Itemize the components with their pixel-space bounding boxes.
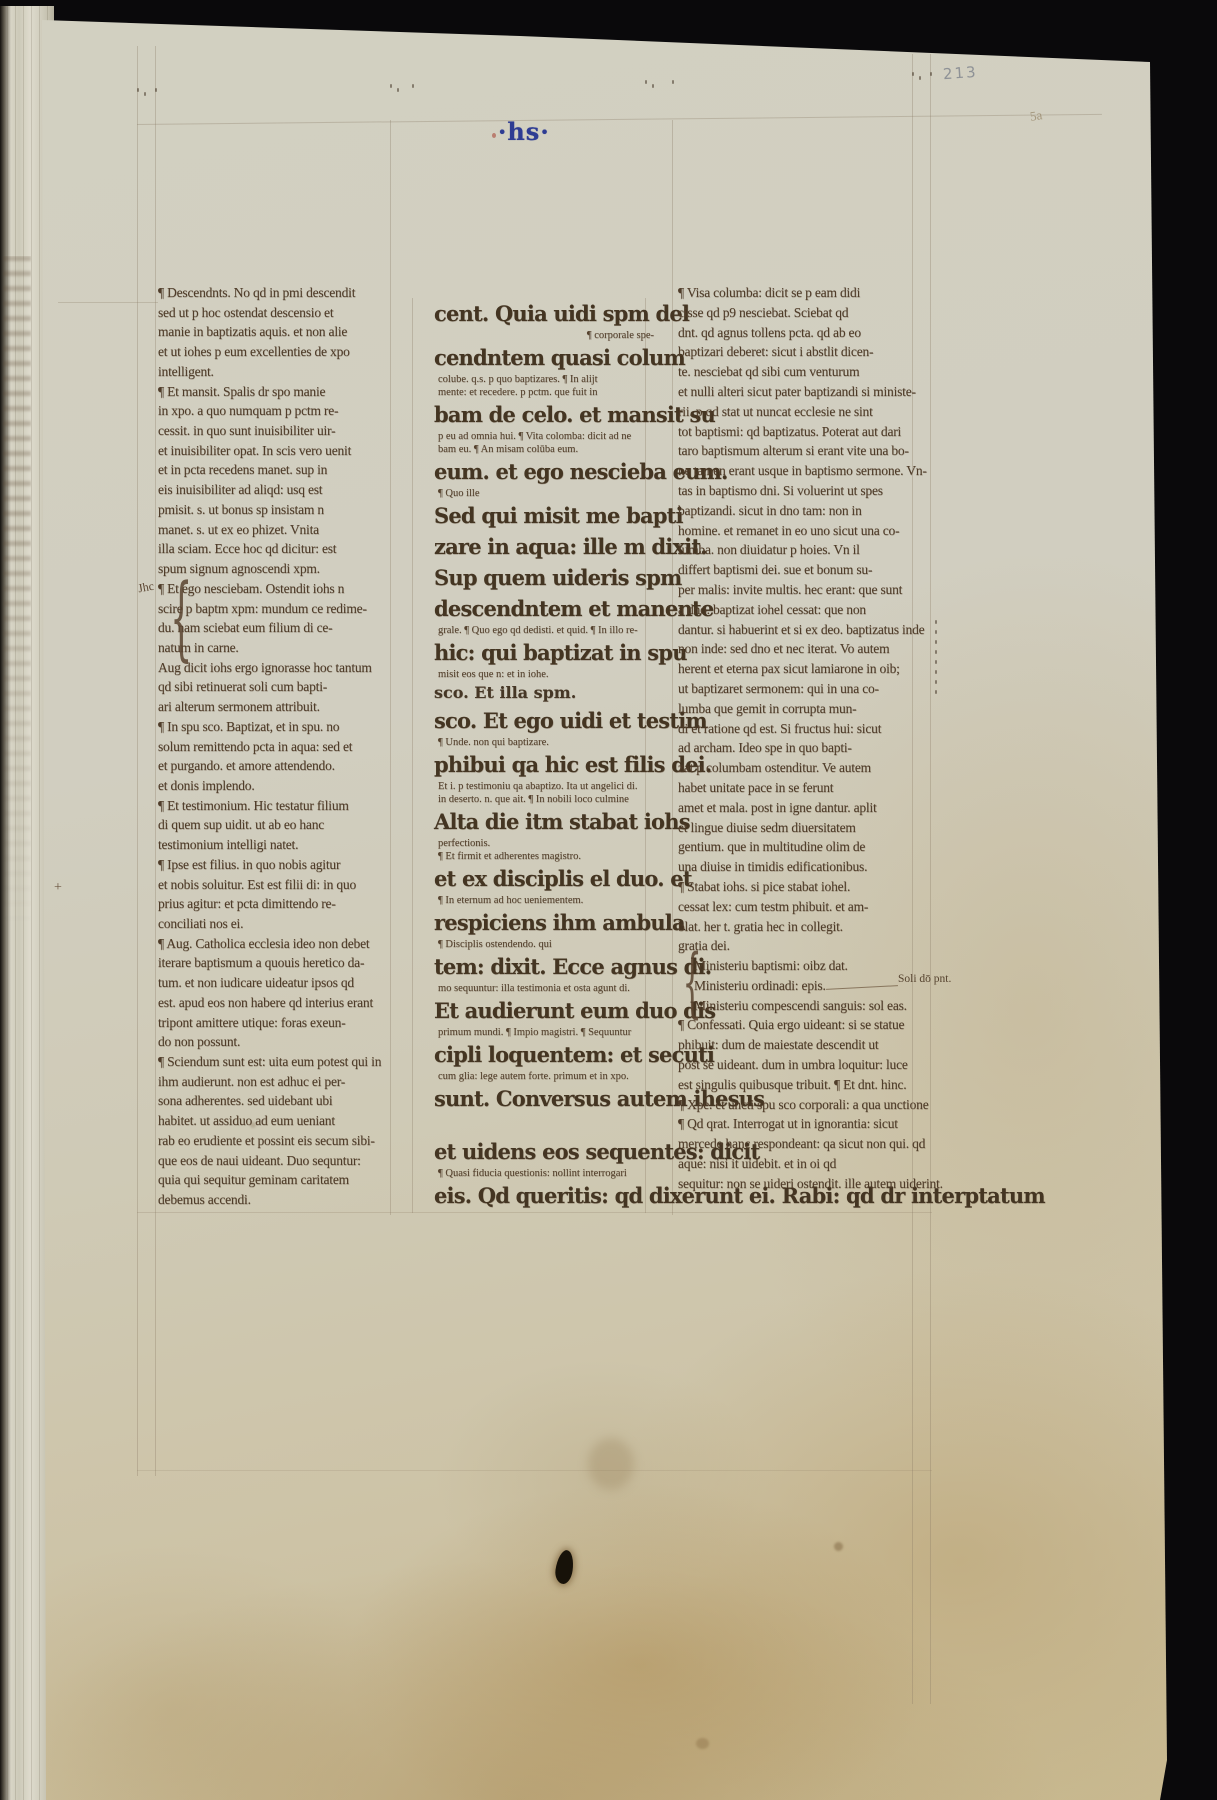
text-line: in deserto. n. que ait. ¶ In nobili loco… xyxy=(412,793,664,806)
text-line: ¶ Confessati. Quia ergo uideant: si se s… xyxy=(678,1015,954,1035)
text-line: baptizandi. sicut in dno tam: non in xyxy=(678,501,954,521)
margin-gloss-note: Soli dō pnt. xyxy=(898,973,951,985)
text-line: tem: dixit. Ecce agnus di. xyxy=(412,951,664,982)
adjacent-page-text-ghost xyxy=(3,256,31,936)
text-line: respiciens ihm ambula xyxy=(412,907,664,938)
text-line: eis inuisibiliter ad aliqd: usq est xyxy=(158,480,430,500)
margin-plus-mark: + xyxy=(54,880,62,896)
ruling-line-horizontal xyxy=(58,302,158,303)
text-line: amet et mala. post in igne dantur. aplit xyxy=(678,798,954,818)
left-margin-brace: { xyxy=(170,574,192,662)
text-line: non inde: sed dno et nec iterat. Vo aute… xyxy=(678,639,954,659)
text-line: ¶ Ipse est filius. in quo nobis agitur xyxy=(158,855,430,875)
text-line: ¶ Et testimonium. Hic testatur filium xyxy=(158,796,430,816)
text-line: intelligent. xyxy=(158,362,430,382)
text-line: post se uideant. dum in umbra loquitur: … xyxy=(678,1055,954,1075)
text-line: sunt. Conversus autem ihesus xyxy=(412,1083,664,1114)
text-line: hic: qui baptizat in spu xyxy=(412,637,664,668)
text-line: zat p columbam ostenditur. Ve autem xyxy=(678,758,954,778)
prick-mark xyxy=(144,92,146,96)
prick-mark xyxy=(137,88,139,92)
text-line: ¶ Descendnts. No qd in pmi descendit xyxy=(158,283,430,303)
text-line: Ministeriu compescendi sanguis: sol eas. xyxy=(678,996,954,1016)
prick-mark xyxy=(930,72,932,76)
text-line: habitet. ut assiduo ad eum ueniant xyxy=(158,1111,430,1131)
prick-mark xyxy=(645,80,647,84)
text-line: ¶ Visa columba: dicit se p eam didi xyxy=(678,283,954,303)
text-line: et nobis soluitur. Est est filii di: in … xyxy=(158,875,430,895)
text-line: cipli loquentem: et secuti xyxy=(412,1039,664,1070)
text-line: mercede hanc respondeant: qa sicut non q… xyxy=(678,1134,954,1154)
text-line: phibuit: dum de maiestate descendit ut xyxy=(678,1035,954,1055)
text-line: tot baptismi: qd baptizatus. Poterat aut… xyxy=(678,422,954,442)
parchment-hole xyxy=(554,1549,576,1585)
text-line: lumba que gemit in corrupta mun- xyxy=(678,699,954,719)
text-line: quia qui sequitur geminam caritatem xyxy=(158,1170,430,1190)
pencil-folio-number: 213 xyxy=(942,63,978,83)
text-line: sco. Et illa spm. xyxy=(412,681,664,705)
text-line: ¶ Qd qrat. Interrogat ut in ignorantia: … xyxy=(678,1114,954,1134)
text-line: et in pcta recedens manet. sup in xyxy=(158,460,430,480)
stain-spot xyxy=(250,1122,256,1128)
text-line: herent et eterna pax sicut lamiarone in … xyxy=(678,659,954,679)
prick-mark xyxy=(397,88,399,92)
text-line: misit eos que n: et in iohe. xyxy=(412,668,664,681)
prick-mark xyxy=(652,84,654,88)
text-line: Aug dicit iohs ergo ignorasse hoc tantum xyxy=(158,658,430,678)
prick-mark xyxy=(155,88,157,92)
text-line: natum in carne. xyxy=(158,638,430,658)
text-line: ad archam. Ideo spe in quo bapti- xyxy=(678,738,954,758)
text-line: dnt. qd agnus tollens pcta. qd ab eo xyxy=(678,323,954,343)
text-line: te. nesciebat qd sibi cum venturum xyxy=(678,362,954,382)
text-line: differt baptismi dei. sue et bonum su- xyxy=(678,560,954,580)
ruling-line-vertical xyxy=(137,46,138,1476)
running-title: ·hs· xyxy=(498,117,550,146)
text-line: testimonium intelligi natet. xyxy=(158,835,430,855)
text-line: aque: nisi it uidebit. et in oi qd xyxy=(678,1154,954,1174)
text-line: blat. her t. gratia hec in collegit. xyxy=(678,917,954,937)
text-line: ¶ corporale spe- xyxy=(412,329,664,342)
text-line: cisse qd p9 nesciebat. Sciebat qd xyxy=(678,303,954,323)
text-line: cent. Quia uidi spm del xyxy=(412,298,664,329)
text-line: ¶ Aug. Catholica ecclesia ideo non debet xyxy=(158,934,430,954)
text-line: per malis: invite multis. hec erant: que… xyxy=(678,580,954,600)
text-line: illa sciam. Ecce hoc qd dicitur: est xyxy=(158,539,430,559)
text-line: spum signum agnoscendi xpm. xyxy=(158,559,430,579)
text-line: cendntem quasi colum xyxy=(412,342,664,373)
text-line: a dno. baptizat iohel cessat: que non xyxy=(678,600,954,620)
red-ink-speck xyxy=(492,133,496,138)
text-line: et lingue diuise sedm diuersitatem xyxy=(678,818,954,838)
stain-smudge xyxy=(588,1438,634,1490)
text-line: habet unitate pace in se ferunt xyxy=(678,778,954,798)
text-line: du. nam sciebat eum filium di ce- xyxy=(158,618,430,638)
text-line: mo sequuntur: illa testimonia et osta ag… xyxy=(412,982,664,995)
text-line: et uidens eos sequentes: dicit xyxy=(412,1136,664,1167)
ruling-line-horizontal xyxy=(137,1470,932,1471)
prick-mark xyxy=(919,76,921,80)
text-line: ¶ Sciendum sunt est: uita eum potest qui… xyxy=(158,1052,430,1072)
text-line: perfectionis. xyxy=(412,837,664,850)
text-line: cessit. in quo sunt inuisibiliter uir- xyxy=(158,421,430,441)
text-line: est singulis quibusque tribuit. ¶ Et dnt… xyxy=(678,1075,954,1095)
text-line: Sup quem uideris spm xyxy=(412,562,664,593)
text-line: mente: et recedere. p pctm. que fuit in xyxy=(412,386,664,399)
text-line: di et ratione qd est. Si fructus hui: si… xyxy=(678,719,954,739)
prick-mark xyxy=(412,84,414,88)
text-line: grale. ¶ Quo ego qd dedisti. et quid. ¶ … xyxy=(412,624,664,637)
text-line: gentium. que in multitudine olim de xyxy=(678,837,954,857)
text-line: Alta die itm stabat iohs xyxy=(412,806,664,837)
text-line: ¶ Stabat iohs. si pice stabat iohel. xyxy=(678,877,954,897)
text-line: iterare baptismum a quouis heretico da- xyxy=(158,953,430,973)
text-line: ¶ In spu sco. Baptizat, et in spu. no xyxy=(158,717,430,737)
text-line: ihm audierunt. non est adhuc ei per- xyxy=(158,1072,430,1092)
text-line: taro baptismum alterum si erant vite una… xyxy=(678,441,954,461)
parchment-page: ·hs· 213 5a ¶ Descendnts. No qd in pmi d… xyxy=(0,0,1217,1800)
stain-spot xyxy=(696,1738,709,1749)
right-commentary-column: ¶ Visa columba: dicit se p eam didicisse… xyxy=(678,283,954,1194)
text-line: descendntem et manente xyxy=(412,593,664,624)
text-line: est. apud eos non habere qd interius era… xyxy=(158,993,430,1013)
text-line: et donis implendo. xyxy=(158,776,430,796)
text-line: ¶ Et firmit et adherentes magistro. xyxy=(412,850,664,863)
text-line: qd sibi retinuerat soli cum bapti- xyxy=(158,677,430,697)
manuscript-photo: ·hs· 213 5a ¶ Descendnts. No qd in pmi d… xyxy=(0,0,1217,1800)
text-line: zare in aqua: ille m dixit. xyxy=(412,531,664,562)
text-line: tum. et non iudicare uideatur ipsos qd xyxy=(158,973,430,993)
text-line: bam eu. ¶ An misam colūba eum. xyxy=(412,443,664,456)
text-line: et ut iohes p eum excellenties de xpo xyxy=(158,342,430,362)
stain-spot xyxy=(834,1542,843,1551)
text-line: ¶ In eternum ad hoc ueniementem. xyxy=(412,894,664,907)
text-line: scire p baptm xpm: mundum ce redime- xyxy=(158,599,430,619)
text-line: et inuisibiliter opat. In scis vero ueni… xyxy=(158,441,430,461)
text-line: ¶ Quo ille xyxy=(412,487,664,500)
text-line: ¶ Et mansit. Spalis dr spo manie xyxy=(158,382,430,402)
text-line: sona adherentes. sed uidebant ubi xyxy=(158,1091,430,1111)
text-line: ¶ Disciplis ostendendo. qui xyxy=(412,938,664,951)
prick-mark xyxy=(672,80,674,84)
right-column-brace: { xyxy=(683,946,702,1018)
text-line: p eu ad omnia hui. ¶ Vita colomba: dicit… xyxy=(412,430,664,443)
folio-mark: 5a xyxy=(1029,107,1043,125)
text-line: ¶ Unde. non qui baptizare. xyxy=(412,736,664,749)
text-line: lumba. non diuidatur p hoies. Vn il xyxy=(678,540,954,560)
text-line: debemus accendi. xyxy=(158,1190,430,1210)
text-line: sed ut p hoc ostendat descensio et xyxy=(158,303,430,323)
text-line: baptizari deberet: sicut i abstlit dicen… xyxy=(678,342,954,362)
text-line: ¶ Quasi fiducia questionis: nollint inte… xyxy=(412,1167,664,1180)
center-biblical-text-column: cent. Quia uidi spm del¶ corporale spe-c… xyxy=(412,298,664,1211)
text-line: tripont amittere utique: foras exeun- xyxy=(158,1013,430,1033)
text-line: eum. et ego nescieba eum. xyxy=(412,456,664,487)
text-line: que eos de naui uideant. Duo sequntur: xyxy=(158,1151,430,1171)
text-line: Et i. p testimoniu qa abaptizo. Ita ut a… xyxy=(412,780,664,793)
text-line: rii. p qd stat ut nuncat ecclesie ne sin… xyxy=(678,402,954,422)
text-line: et ex disciplis el duo. et xyxy=(412,863,664,894)
text-line: manie in baptizatis aquis. et non alie xyxy=(158,322,430,342)
text-line: ¶ Et ego nesciebam. Ostendit iohs n xyxy=(158,579,430,599)
text-line: bam de celo. et mansit su xyxy=(412,399,664,430)
text-line: pmisit. s. ut bonus sp insistam n xyxy=(158,500,430,520)
text-line: ¶ Xpe. et uncti spu sco corporali: a qua… xyxy=(678,1095,954,1115)
margin-monogram: Jhc xyxy=(137,579,155,597)
text-line: colube. q.s. p quo baptizares. ¶ In alij… xyxy=(412,373,664,386)
text-line: dantur. si habuerint et si ex deo. bapti… xyxy=(678,620,954,640)
text-line: sco. Et ego uidi et testim xyxy=(412,705,664,736)
text-line: ne tamen erant usque in baptismo sermone… xyxy=(678,461,954,481)
text-line: prius agitur: et pcta dimittendo re- xyxy=(158,894,430,914)
left-commentary-column: ¶ Descendnts. No qd in pmi descenditsed … xyxy=(158,283,430,1210)
prick-mark xyxy=(390,84,392,88)
text-line: in xpo. a quo numquam p pctm re- xyxy=(158,401,430,421)
text-line: cessat lex: cum testm phibuit. et am- xyxy=(678,897,954,917)
text-line: et nulli alteri sicut pater baptizandi s… xyxy=(678,382,954,402)
text-line: rab eo erudiente et possint eis secum si… xyxy=(158,1131,430,1151)
text-line: et purgando. et amore attendendo. xyxy=(158,756,430,776)
text-line: gratia dei. xyxy=(678,936,954,956)
text-line: tas in baptismo dni. Si voluerint ut spe… xyxy=(678,481,954,501)
ruling-line-horizontal xyxy=(137,1212,932,1213)
text-line: Et audierunt eum duo dis xyxy=(412,995,664,1026)
text-line: sequitur: non se uideri ostendit. ille a… xyxy=(678,1174,954,1194)
ruling-line-horizontal xyxy=(137,114,1102,125)
prick-mark xyxy=(912,72,914,76)
text-line: phibui qa hic est filis dei. xyxy=(412,749,664,780)
text-line: ari alterum sermonem attribuit. xyxy=(158,697,430,717)
text-line: manet. s. ut ex eo phizet. Vnita xyxy=(158,520,430,540)
text-line: solum remittendo pcta in aqua: sed et xyxy=(158,737,430,757)
text-line: una diuise in timidis edificationibus. xyxy=(678,857,954,877)
text-line: di quem sup uidit. ut ab eo hanc xyxy=(158,815,430,835)
text-line: ut baptizaret sermonem: qui in una co- xyxy=(678,679,954,699)
text-line: conciliati nos ei. xyxy=(158,914,430,934)
text-line xyxy=(412,1114,664,1136)
text-line: primum mundi. ¶ Impio magistri. ¶ Sequun… xyxy=(412,1026,664,1039)
text-line: homine. et remanet in eo uno sicut una c… xyxy=(678,521,954,541)
text-line: do non possunt. xyxy=(158,1032,430,1052)
text-line: Sed qui misit me bapti xyxy=(412,500,664,531)
ruling-line-vertical xyxy=(155,46,156,1476)
text-line: cum glia: lege autem forte. primum et in… xyxy=(412,1070,664,1083)
